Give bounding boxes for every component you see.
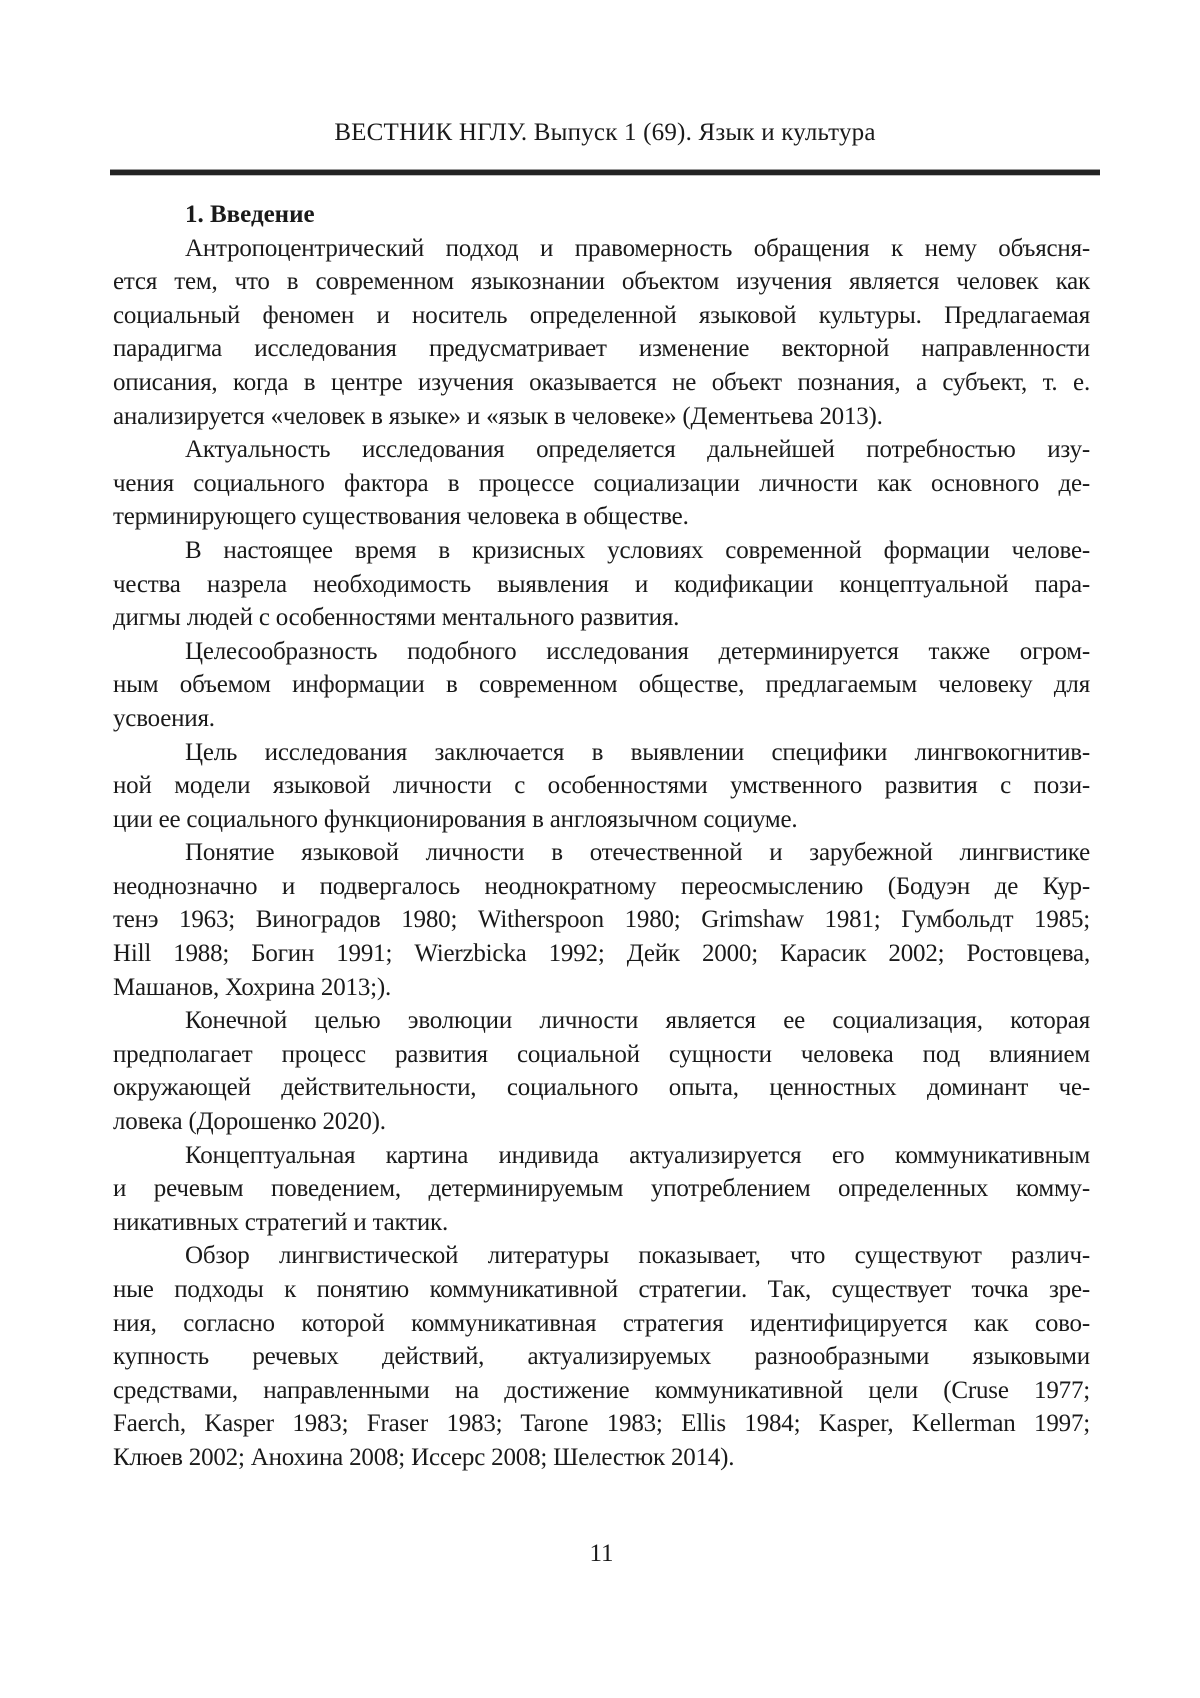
text-line: Понятие языковой личности в отечественно… [113, 836, 1090, 870]
text-line: средствами, направленными на достижение … [113, 1374, 1090, 1408]
paragraphs: Антропоцентрический подход и правомернос… [113, 232, 1090, 1475]
text-line: тенэ 1963; Виноградов 1980; Witherspoon … [113, 903, 1090, 937]
text-line: ется тем, что в современном языкознании … [113, 265, 1090, 299]
paragraph: Актуальность исследования определяется д… [113, 433, 1090, 534]
journal-page: ВЕСТНИК НГЛУ. Выпуск 1 (69). Язык и куль… [0, 0, 1200, 1698]
paragraph: В настоящее время в кризисных условиях с… [113, 534, 1090, 635]
paragraph: Обзор лингвистической литературы показыв… [113, 1239, 1090, 1474]
text-line: Hill 1988; Богин 1991; Wierzbicka 1992; … [113, 937, 1090, 971]
text-line: неоднозначно и подвергалось неоднократно… [113, 870, 1090, 904]
page-number: 11 [113, 1540, 1090, 1568]
text-line: Faerch, Kasper 1983; Fraser 1983; Tarone… [113, 1407, 1090, 1441]
text-line: никативных стратегий и тактик. [113, 1206, 1090, 1240]
text-line: Актуальность исследования определяется д… [113, 433, 1090, 467]
text-line: Концептуальная картина индивида актуализ… [113, 1139, 1090, 1173]
text-line: Антропоцентрический подход и правомернос… [113, 232, 1090, 266]
text-line: усвоения. [113, 702, 1090, 736]
text-line: ные подходы к понятию коммуникативной ст… [113, 1273, 1090, 1307]
text-line: Целесообразность подобного исследования … [113, 635, 1090, 669]
text-line: Обзор лингвистической литературы показыв… [113, 1239, 1090, 1273]
section-heading: 1. Введение [113, 198, 1090, 232]
text-line: окружающей действительности, социального… [113, 1071, 1090, 1105]
text-line: ловека (Дорошенко 2020). [113, 1105, 1090, 1139]
running-header: ВЕСТНИК НГЛУ. Выпуск 1 (69). Язык и куль… [110, 119, 1100, 147]
text-line: купность речевых действий, актуализируем… [113, 1340, 1090, 1374]
text-line: дигмы людей с особенностями ментального … [113, 601, 1090, 635]
text-line: В настоящее время в кризисных условиях с… [113, 534, 1090, 568]
text-line: Машанов, Хохрина 2013;). [113, 971, 1090, 1005]
text-line: анализируется «человек в языке» и «язык … [113, 400, 1090, 434]
paragraph: Целесообразность подобного исследования … [113, 635, 1090, 736]
text-line: парадигма исследования предусматривает и… [113, 332, 1090, 366]
text-line: ной модели языковой личности с особеннос… [113, 769, 1090, 803]
text-line: чества назрела необходимость выявления и… [113, 568, 1090, 602]
text-line: социальный феномен и носитель определенн… [113, 299, 1090, 333]
text-line: Цель исследования заключается в выявлени… [113, 736, 1090, 770]
text-line: терминирующего существования человека в … [113, 500, 1090, 534]
article-body: 1. Введение Антропоцентрический подход и… [113, 198, 1090, 1475]
paragraph: Цель исследования заключается в выявлени… [113, 736, 1090, 837]
text-line: ния, согласно которой коммуникативная ст… [113, 1307, 1090, 1341]
text-line: предполагает процесс развития социальной… [113, 1038, 1090, 1072]
paragraph: Антропоцентрический подход и правомернос… [113, 232, 1090, 434]
text-line: Клюев 2002; Анохина 2008; Иссерс 2008; Ш… [113, 1441, 1090, 1475]
paragraph: Концептуальная картина индивида актуализ… [113, 1139, 1090, 1240]
text-line: ным объемом информации в современном общ… [113, 668, 1090, 702]
text-line: Конечной целью эволюции личности являетс… [113, 1004, 1090, 1038]
text-line: чения социального фактора в процессе соц… [113, 467, 1090, 501]
header-rule [110, 169, 1100, 176]
text-line: описания, когда в центре изучения оказыв… [113, 366, 1090, 400]
paragraph: Понятие языковой личности в отечественно… [113, 836, 1090, 1004]
paragraph: Конечной целью эволюции личности являетс… [113, 1004, 1090, 1138]
text-line: ции ее социального функционирования в ан… [113, 803, 1090, 837]
text-line: и речевым поведением, детерминируемым уп… [113, 1172, 1090, 1206]
